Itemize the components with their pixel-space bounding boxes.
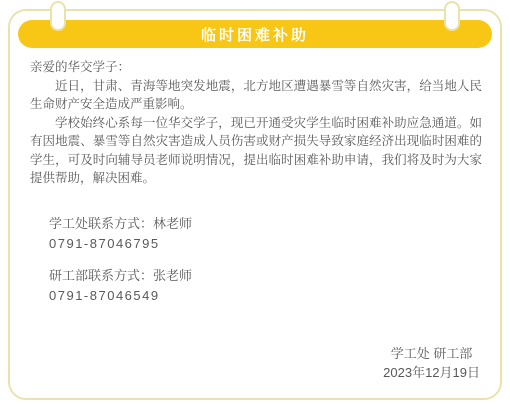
salutation: 亲爱的华交学子： [30,58,482,77]
contact-phone: 0791-87046549 [49,286,482,306]
contact-phone: 0791-87046795 [49,234,482,254]
contact-block-xuegongchu: 学工处联系方式：林老师 0791-87046795 [30,214,482,254]
hanger-tab-right [444,1,460,31]
signature-date: 2023年12月19日 [383,363,480,382]
notice-body: 亲爱的华交学子： 近日，甘肃、青海等地突发地震，北方地区遭遇暴雪等自然灾害，给当… [30,58,482,382]
hanger-tab-left [50,1,66,31]
paragraph-2: 学校始终心系每一位华交学子，现已开通受灾学生临时困难补助应急通道。如有因地震、暴… [30,114,482,188]
signature-departments: 学工处 研工部 [383,344,480,363]
page-title: 临时困难补助 [201,24,309,45]
contact-label: 研工部联系方式：张老师 [49,266,482,286]
signature-block: 学工处 研工部 2023年12月19日 [383,344,480,382]
contact-block-yangongbu: 研工部联系方式：张老师 0791-87046549 [30,266,482,306]
contact-label: 学工处联系方式：林老师 [49,214,482,234]
paragraph-1: 近日，甘肃、青海等地突发地震，北方地区遭遇暴雪等自然灾害，给当地人民生命财产安全… [30,77,482,114]
title-banner: 临时困难补助 [18,20,492,48]
